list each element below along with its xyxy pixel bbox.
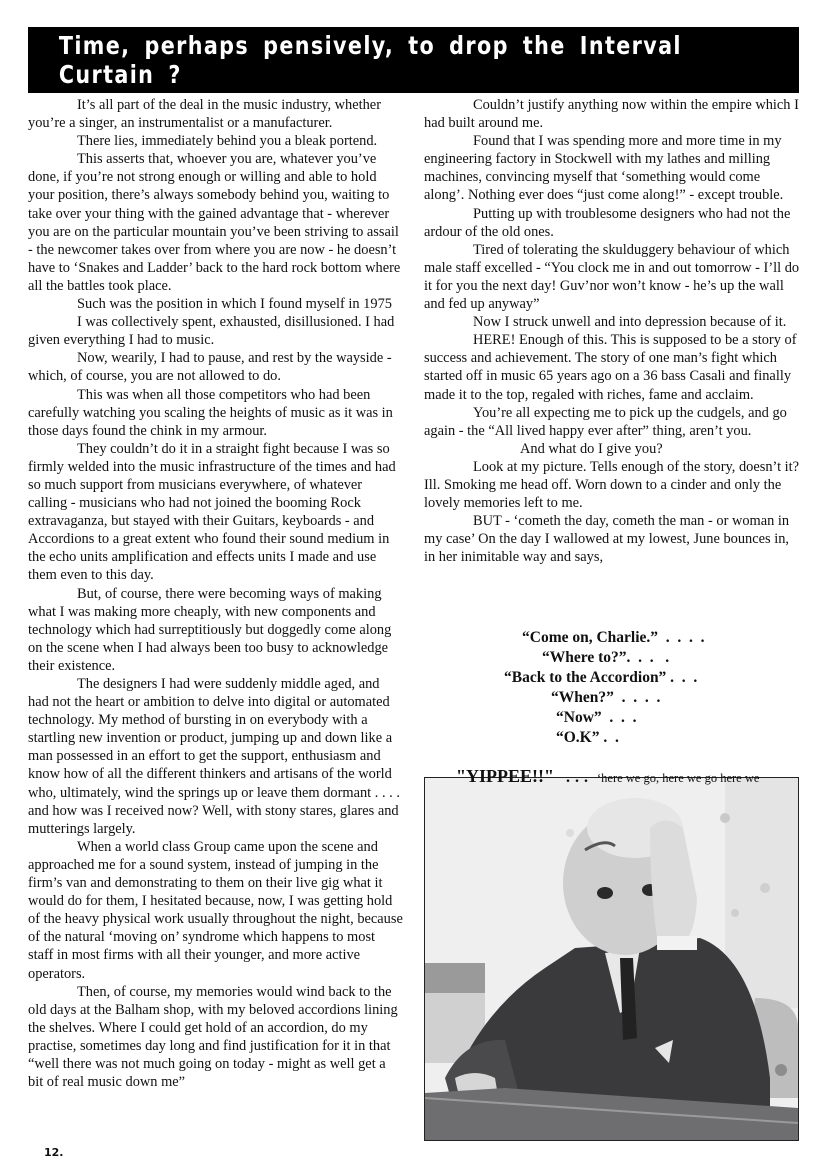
ellipsis: ... bbox=[566, 769, 593, 786]
paragraph: Couldn’t justify anything now within the… bbox=[424, 96, 802, 132]
paragraph: This asserts that, whoever you are, what… bbox=[28, 150, 403, 295]
paragraph: But, of course, there were becoming ways… bbox=[28, 585, 403, 675]
yippee-shout: "YIPPEE!!" bbox=[456, 766, 554, 786]
portrait-image bbox=[425, 778, 798, 1140]
paragraph: There lies, immediately behind you a ble… bbox=[28, 132, 403, 150]
paragraph: Found that I was spending more and more … bbox=[424, 132, 802, 204]
dialogue-line: “Come on, Charlie.” . . . . bbox=[424, 628, 802, 648]
paragraph: The designers I had were suddenly middle… bbox=[28, 675, 403, 838]
dialogue-line: “O.K” . . bbox=[424, 728, 802, 748]
paragraph: BUT - ‘cometh the day, cometh the man - … bbox=[424, 512, 802, 566]
dialogue-line: “Now” . . . bbox=[424, 708, 802, 728]
paragraph: Then, of course, my memories would wind … bbox=[28, 983, 403, 1092]
page-title: Time, perhaps pensively, to drop the Int… bbox=[59, 31, 768, 89]
paragraph: When a world class Group came upon the s… bbox=[28, 838, 403, 983]
dialogue-line: “Where to?”. . . . bbox=[424, 648, 802, 668]
paragraph: Look at my picture. Tells enough of the … bbox=[424, 458, 802, 512]
dialogue-line: “Back to the Accordion” . . . bbox=[424, 668, 802, 688]
paragraph: They couldn’t do it in a straight fight … bbox=[28, 440, 403, 585]
paragraph: I was collectively spent, exhausted, dis… bbox=[28, 313, 403, 349]
paragraph: Putting up with troublesome designers wh… bbox=[424, 205, 802, 241]
dialogue-block: “Come on, Charlie.” . . . . “Where to?”.… bbox=[424, 628, 802, 748]
yippee-tail-text: ‘here we go, here we go here we bbox=[597, 771, 759, 785]
right-column: Couldn’t justify anything now within the… bbox=[424, 96, 802, 566]
paragraph: And what do I give you? bbox=[424, 440, 802, 458]
paragraph: Tired of tolerating the skulduggery beha… bbox=[424, 241, 802, 313]
yippee-line: "YIPPEE!!" ... ‘here we go, here we go h… bbox=[456, 766, 806, 787]
paragraph: This was when all those competitors who … bbox=[28, 386, 403, 440]
portrait-photo bbox=[424, 777, 799, 1141]
paragraph: Now, wearily, I had to pause, and rest b… bbox=[28, 349, 403, 385]
paragraph: Such was the position in which I found m… bbox=[28, 295, 403, 313]
paragraph: Now I struck unwell and into depression … bbox=[424, 313, 802, 331]
dialogue-line: “When?” . . . . bbox=[424, 688, 802, 708]
paragraph: HERE! Enough of this. This is supposed t… bbox=[424, 331, 802, 403]
paragraph: It’s all part of the deal in the music i… bbox=[28, 96, 403, 132]
title-banner: Time, perhaps pensively, to drop the Int… bbox=[28, 27, 799, 93]
paragraph: You’re all expecting me to pick up the c… bbox=[424, 404, 802, 440]
left-column: It’s all part of the deal in the music i… bbox=[28, 96, 403, 1091]
page-number: 12. bbox=[44, 1146, 64, 1159]
